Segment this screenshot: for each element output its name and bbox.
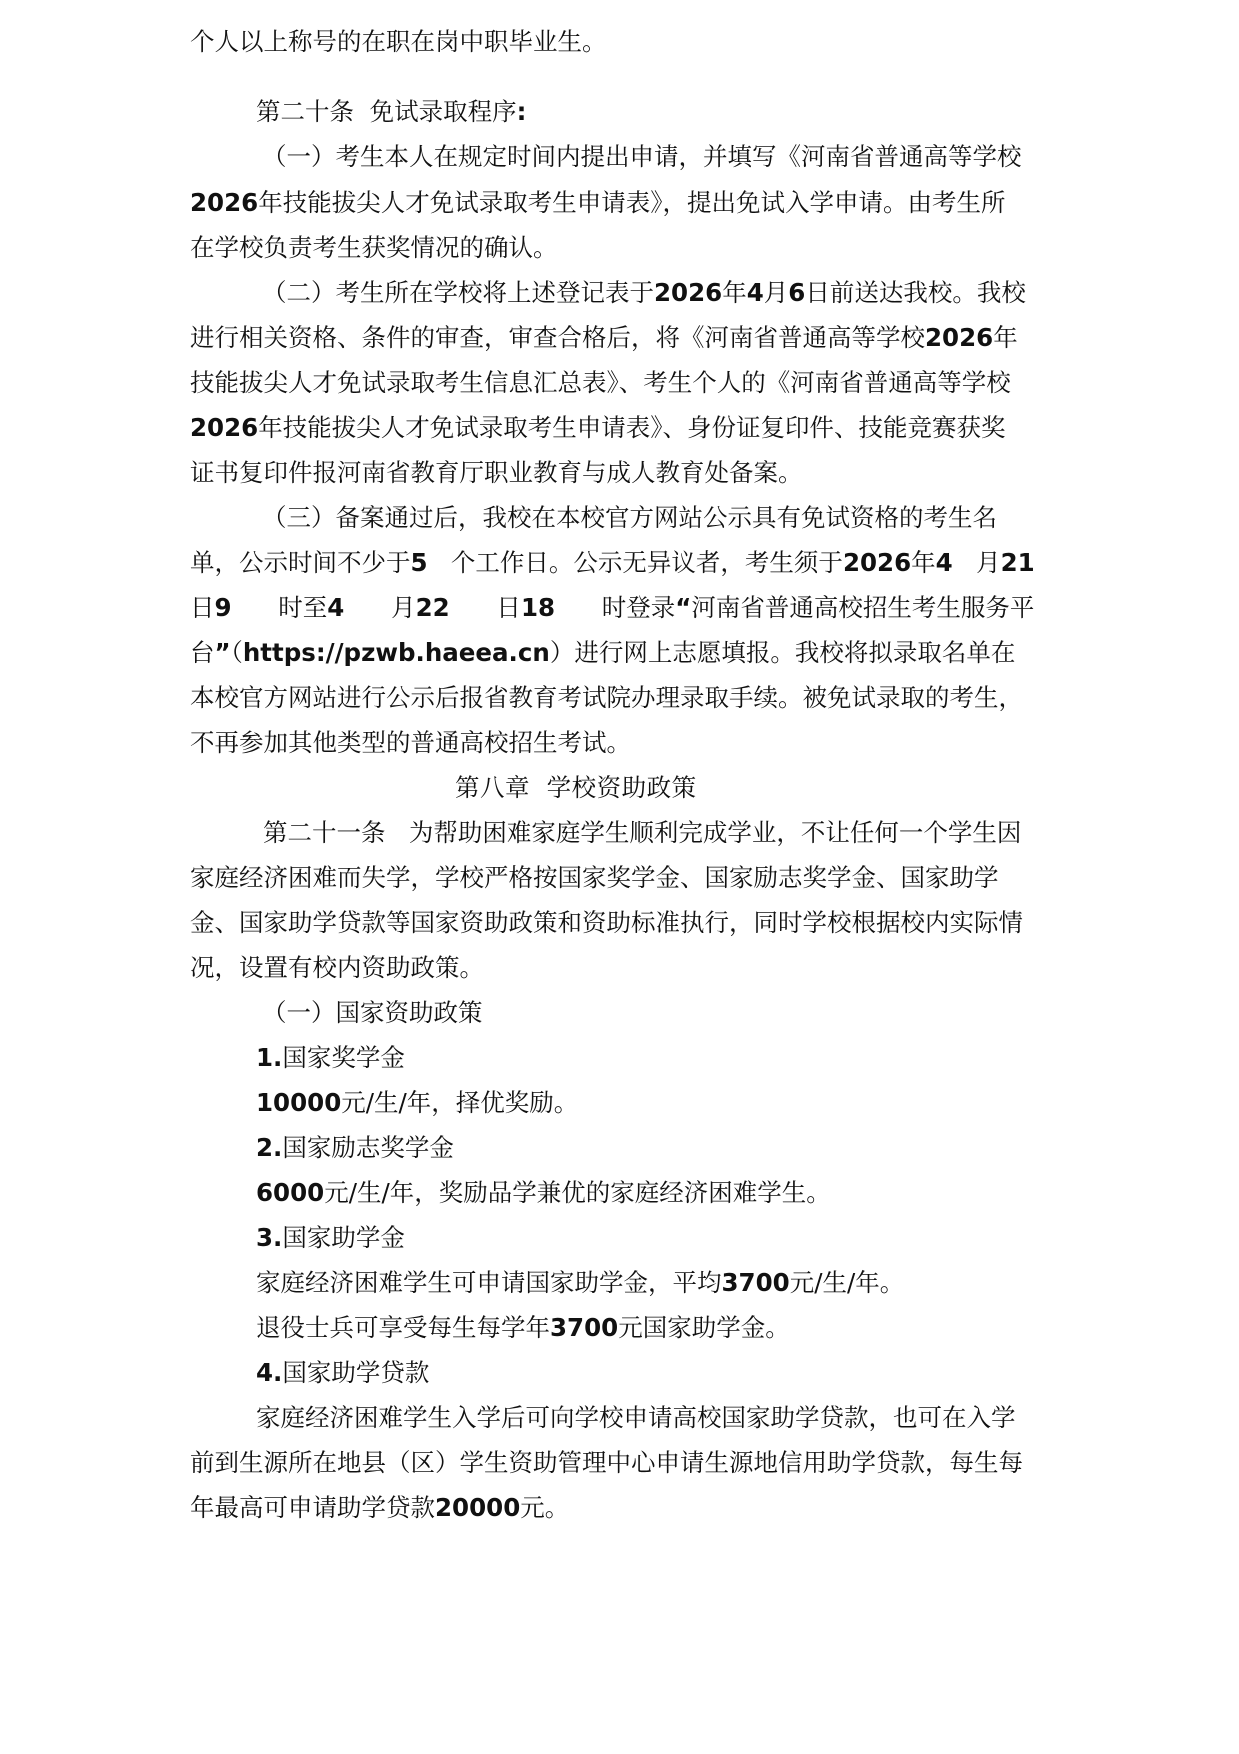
text-line: （二）考生所在学校将上述登记表于2026年4月6日前送达我校。我校 — [262, 278, 1026, 308]
text-line: 第二十一条 为帮助困难家庭学生顺利完成学业，不让任何一个学生因 — [263, 818, 1021, 848]
text-run: （三）备案通过后，我校在本校官方网站公示具有免试资格的考生名 — [262, 503, 997, 532]
text-line: 本校官方网站进行公示后报省教育考试院办理录取手续。被免试录取的考生， — [190, 683, 1023, 713]
text-run: 第八章 学校资助政策 — [455, 773, 697, 802]
text-run: 元。 — [520, 1493, 569, 1522]
bold-run: 21 — [1001, 548, 1035, 577]
text-run: 家庭经济困难学生入学后可向学校申请高校国家助学贷款，也可在入学 — [256, 1403, 1016, 1432]
text-line: 2.国家励志奖学金 — [256, 1133, 454, 1163]
text-run: 金、国家助学贷款等国家资助政策和资助标准执行，同时学校根据校内实际情 — [190, 908, 1023, 937]
text-run: 证书复印件报河南省教育厅职业教育与成人教育处备案。 — [190, 458, 803, 487]
bold-run: 2026 — [190, 413, 258, 442]
bold-run: 4. — [256, 1358, 282, 1387]
text-run: 元国家助学金。 — [618, 1313, 790, 1342]
text-run: 国家奖学金 — [282, 1043, 405, 1072]
bold-run: 6 — [788, 278, 805, 307]
text-run: 年技能拔尖人才免试录取考生申请表》，提出免试入学申请。由考生所 — [258, 188, 1005, 217]
text-line: （一）国家资助政策 — [262, 998, 483, 1028]
text-line: 台”（https://pzwb.haeea.cn）进行网上志愿填报。我校将拟录取… — [190, 638, 1015, 668]
text-line: 6000元/生/年，奖励品学兼优的家庭经济困难学生。 — [256, 1178, 831, 1208]
bold-run: 22 — [416, 593, 450, 622]
bold-run: 2. — [256, 1133, 282, 1162]
text-run: 不再参加其他类型的普通高校招生考试。 — [190, 728, 631, 757]
text-run: 国家助学贷款 — [282, 1358, 429, 1387]
bold-run: https://pzwb.haeea.cn — [243, 638, 550, 667]
text-run: 月 — [953, 548, 1001, 577]
text-line: 家庭经济困难学生入学后可向学校申请高校国家助学贷款，也可在入学 — [256, 1403, 1016, 1433]
bold-run: 4 — [936, 548, 953, 577]
text-run: 年 — [911, 548, 936, 577]
text-run: （一）考生本人在规定时间内提出申请，并填写《河南省普通高等学校 — [262, 142, 1022, 171]
text-line: 年最高可申请助学贷款20000元。 — [190, 1493, 569, 1523]
text-run: 年技能拔尖人才免试录取考生申请表》、身份证复印件、技能竞赛获奖 — [258, 413, 1005, 442]
text-run: 进行相关资格、条件的审查，审查合格后，将《河南省普通高等学校 — [190, 323, 925, 352]
text-run: 在学校负责考生获奖情况的确认。 — [190, 233, 558, 262]
text-run: 日 — [190, 593, 215, 622]
text-run: 个人以上称号的在职在岗中职毕业生。 — [190, 27, 607, 56]
text-run: 前到生源所在地县（区）学生资助管理中心申请生源地信用助学贷款，每生每 — [190, 1448, 1023, 1477]
text-line: 进行相关资格、条件的审查，审查合格后，将《河南省普通高等学校2026年 — [190, 323, 1018, 353]
text-line: 退役士兵可享受每生每学年3700元国家助学金。 — [256, 1313, 790, 1343]
text-run: 技能拔尖人才免试录取考生信息汇总表》、考生个人的《河南省普通高等学校 — [190, 368, 1011, 397]
bold-run: 3700 — [550, 1313, 618, 1342]
bold-run: 1. — [256, 1043, 282, 1072]
chapter-heading: 第八章 学校资助政策 — [455, 773, 697, 803]
text-line: 4.国家助学贷款 — [256, 1358, 429, 1388]
text-line: 2026年技能拔尖人才免试录取考生申请表》，提出免试入学申请。由考生所 — [190, 188, 1005, 218]
text-run: 年 — [722, 278, 747, 307]
text-run: （二）考生所在学校将上述登记表于 — [262, 278, 654, 307]
bold-run: 6000 — [256, 1178, 324, 1207]
bold-run: 3. — [256, 1223, 282, 1252]
text-line: 第二十条 免试录取程序: — [256, 97, 526, 127]
text-line: 家庭经济困难而失学，学校严格按国家奖学金、国家励志奖学金、国家助学 — [190, 863, 999, 893]
text-line: 况，设置有校内资助政策。 — [190, 953, 484, 983]
bold-run: 20000 — [435, 1493, 520, 1522]
bold-run: 2026 — [925, 323, 993, 352]
bold-run: 2026 — [190, 188, 258, 217]
text-run: 年 — [993, 323, 1018, 352]
text-line: 单，公示时间不少于5 个工作日。公示无异议者，考生须于2026年4 月21 — [190, 548, 1035, 578]
text-run: 个工作日。公示无异议者，考生须于 — [428, 548, 843, 577]
bold-run: 18 — [521, 593, 555, 622]
text-run: 月 — [764, 278, 789, 307]
text-run: 元/生/年，择优奖励。 — [341, 1088, 578, 1117]
bold-run: ” — [215, 638, 231, 667]
bold-run: : — [517, 97, 527, 126]
text-run: 本校官方网站进行公示后报省教育考试院办理录取手续。被免试录取的考生， — [190, 683, 1023, 712]
text-line: 证书复印件报河南省教育厅职业教育与成人教育处备案。 — [190, 458, 803, 488]
text-run: 第二十条 免试录取程序 — [256, 97, 517, 126]
bold-run: 2026 — [843, 548, 911, 577]
text-line: 前到生源所在地县（区）学生资助管理中心申请生源地信用助学贷款，每生每 — [190, 1448, 1023, 1478]
text-line: 个人以上称号的在职在岗中职毕业生。 — [190, 27, 607, 57]
text-line: 1.国家奖学金 — [256, 1043, 405, 1073]
text-run: 日前送达我校。我校 — [805, 278, 1026, 307]
text-run: 时至 — [232, 593, 328, 622]
text-run: （ — [231, 638, 243, 667]
text-run: 家庭经济困难学生可申请国家助学金，平均 — [256, 1268, 722, 1297]
text-run: 国家助学金 — [282, 1223, 405, 1252]
text-run: 时登录 — [555, 593, 675, 622]
bold-run: “ — [675, 593, 691, 622]
text-line: （一）考生本人在规定时间内提出申请，并填写《河南省普通高等学校 — [262, 142, 1022, 172]
text-line: 金、国家助学贷款等国家资助政策和资助标准执行，同时学校根据校内实际情 — [190, 908, 1023, 938]
text-run: （一）国家资助政策 — [262, 998, 483, 1027]
text-run: 退役士兵可享受每生每学年 — [256, 1313, 550, 1342]
text-run: 河南省普通高校招生考生服务平 — [691, 593, 1034, 622]
document-page: 个人以上称号的在职在岗中职毕业生。第二十条 免试录取程序:（一）考生本人在规定时… — [0, 0, 1239, 1754]
bold-run: 10000 — [256, 1088, 341, 1117]
bold-run: 4 — [747, 278, 764, 307]
text-run: 台 — [190, 638, 215, 667]
bold-run: 9 — [215, 593, 232, 622]
text-run: 单，公示时间不少于 — [190, 548, 411, 577]
text-line: （三）备案通过后，我校在本校官方网站公示具有免试资格的考生名 — [262, 503, 997, 533]
text-run: 况，设置有校内资助政策。 — [190, 953, 484, 982]
text-run: 国家励志奖学金 — [282, 1133, 454, 1162]
text-line: 不再参加其他类型的普通高校招生考试。 — [190, 728, 631, 758]
bold-run: 2026 — [654, 278, 722, 307]
text-run: 元/生/年。 — [790, 1268, 905, 1297]
text-run: 月 — [344, 593, 415, 622]
text-run: 日 — [450, 593, 521, 622]
text-line: 10000元/生/年，择优奖励。 — [256, 1088, 578, 1118]
text-line: 在学校负责考生获奖情况的确认。 — [190, 233, 558, 263]
text-run: 年最高可申请助学贷款 — [190, 1493, 435, 1522]
text-line: 3.国家助学金 — [256, 1223, 405, 1253]
text-run: 第二十一条 为帮助困难家庭学生顺利完成学业，不让任何一个学生因 — [263, 818, 1021, 847]
bold-run: 5 — [411, 548, 428, 577]
text-line: 技能拔尖人才免试录取考生信息汇总表》、考生个人的《河南省普通高等学校 — [190, 368, 1011, 398]
text-line: 2026年技能拔尖人才免试录取考生申请表》、身份证复印件、技能竞赛获奖 — [190, 413, 1005, 443]
text-run: ）进行网上志愿填报。我校将拟录取名单在 — [550, 638, 1016, 667]
text-run: 家庭经济困难而失学，学校严格按国家奖学金、国家励志奖学金、国家助学 — [190, 863, 999, 892]
bold-run: 4 — [327, 593, 344, 622]
text-line: 家庭经济困难学生可申请国家助学金，平均3700元/生/年。 — [256, 1268, 904, 1298]
text-run: 元/生/年，奖励品学兼优的家庭经济困难学生。 — [324, 1178, 831, 1207]
text-line: 日9 时至4 月22 日18 时登录“河南省普通高校招生考生服务平 — [190, 593, 1034, 623]
bold-run: 3700 — [722, 1268, 790, 1297]
